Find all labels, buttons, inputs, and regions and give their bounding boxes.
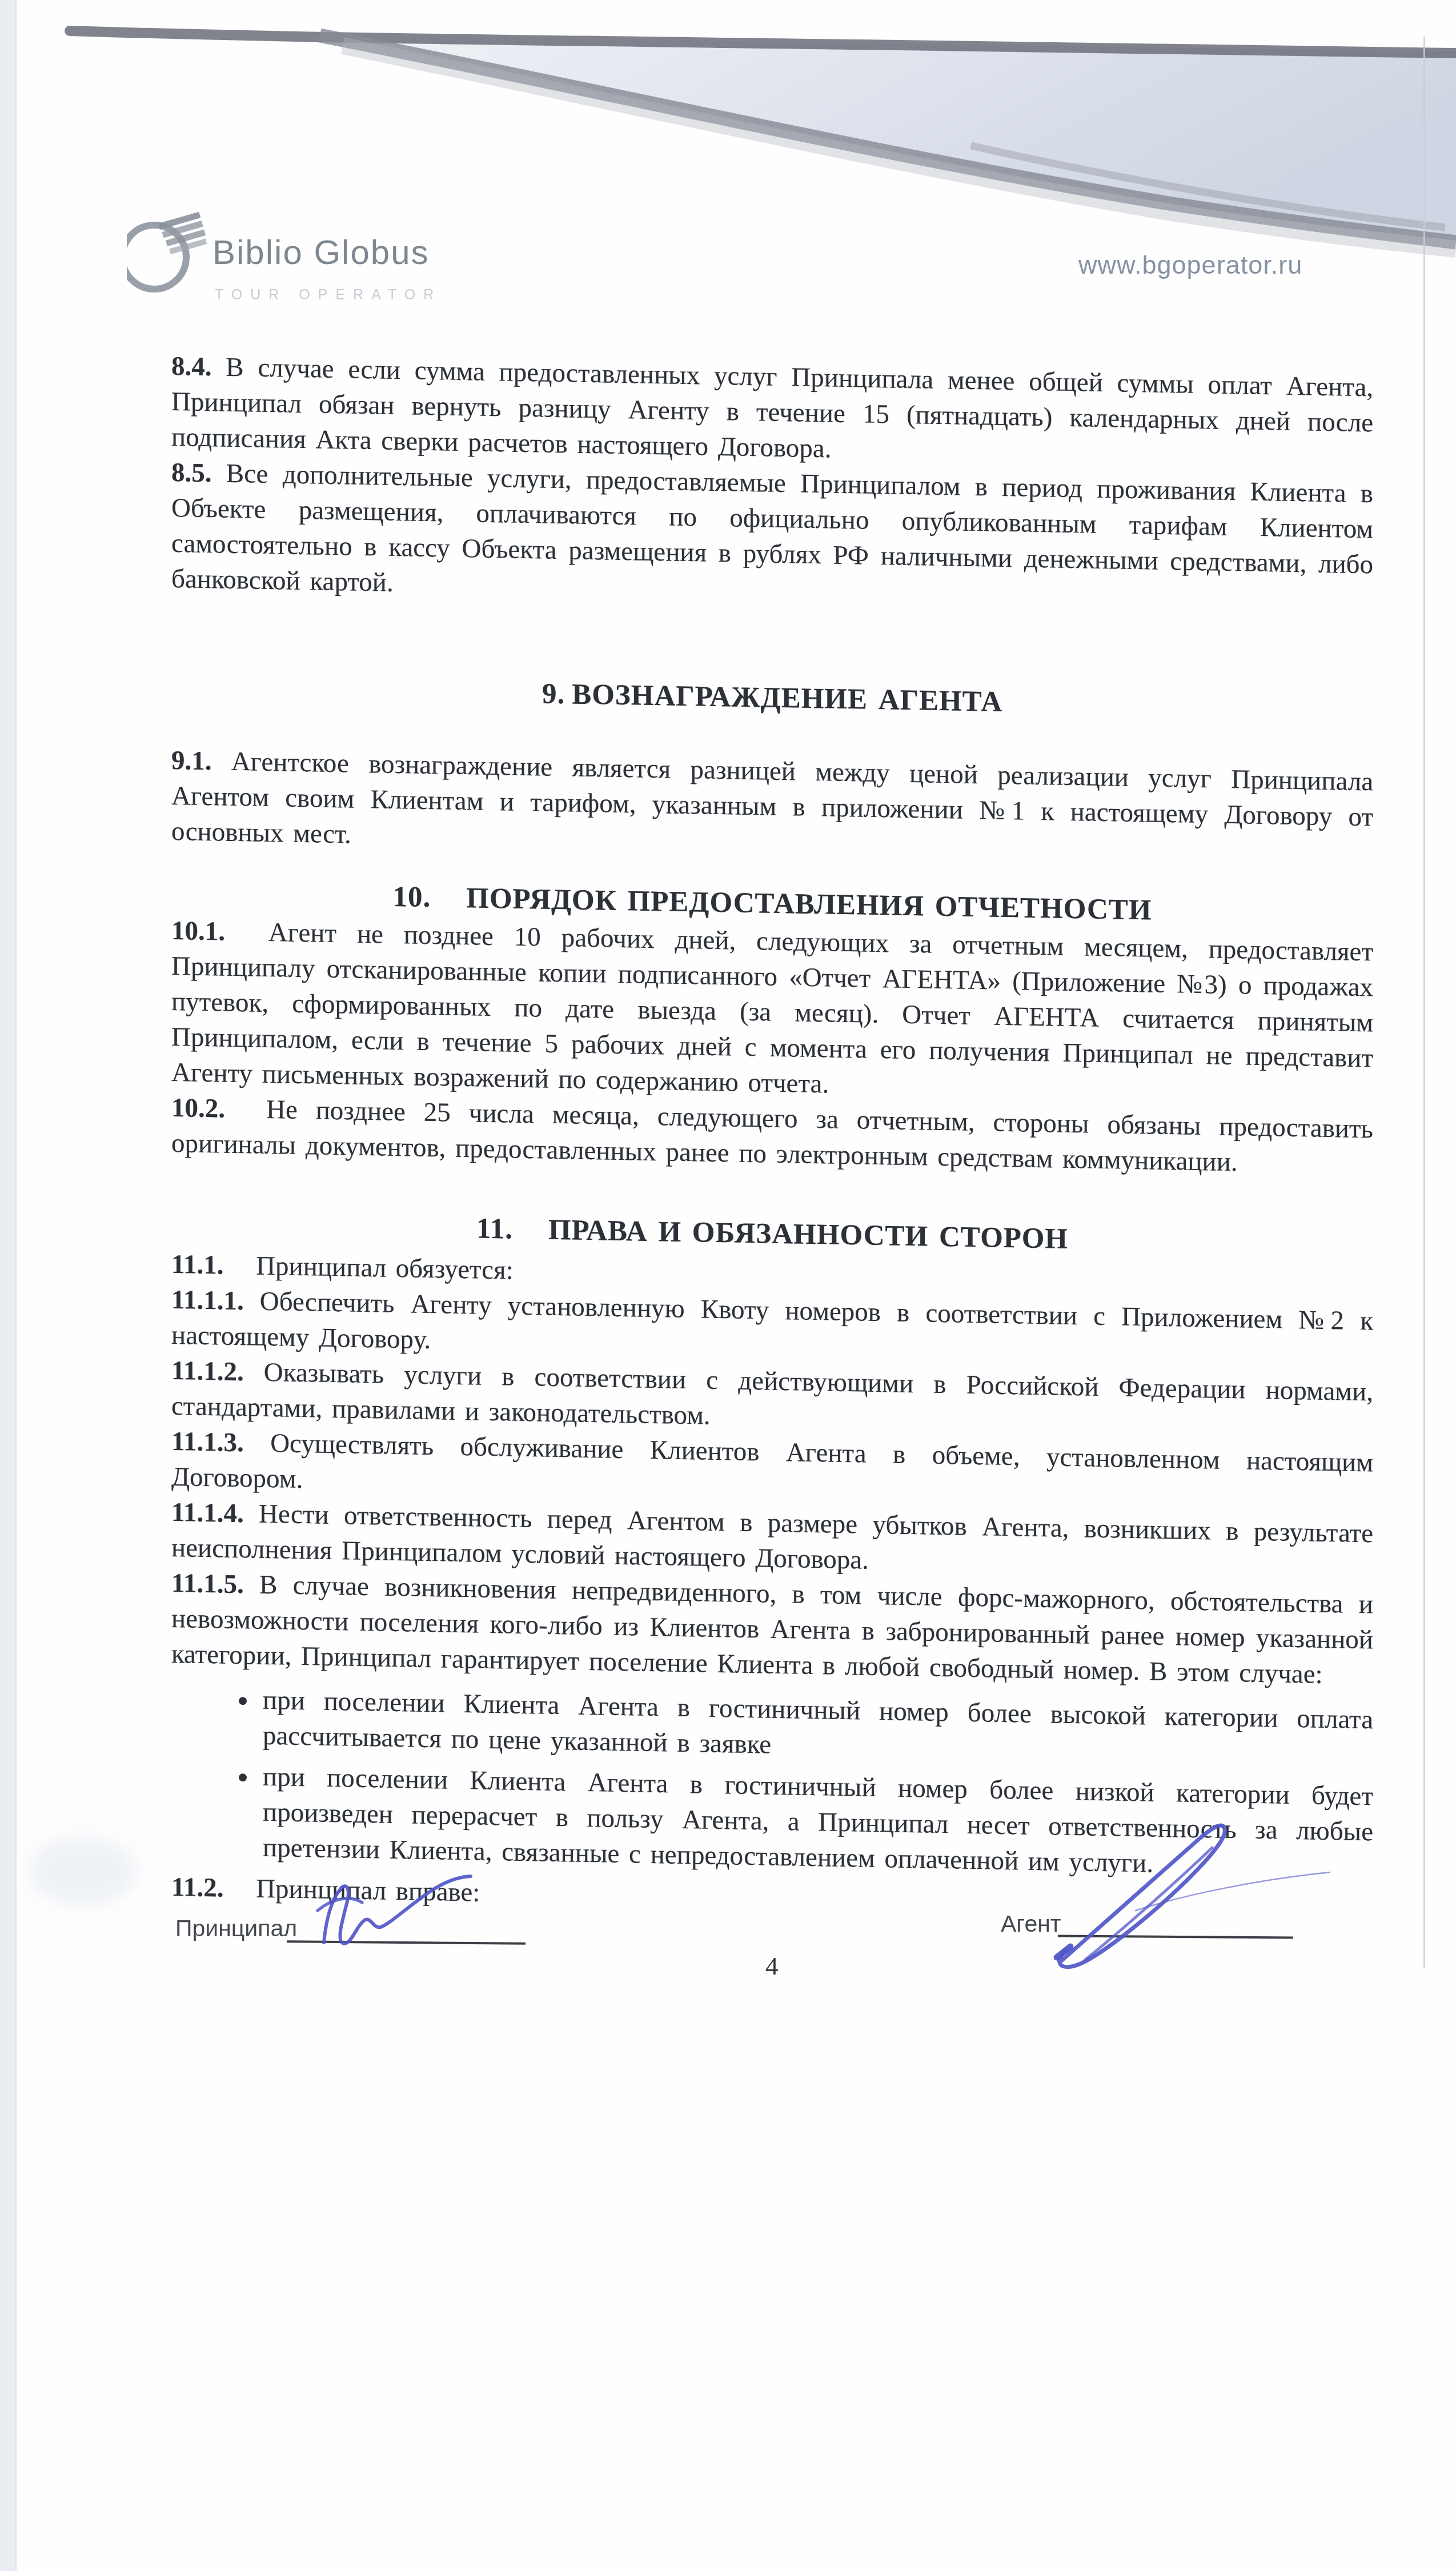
scan-left-edge-strip bbox=[0, 0, 15, 2571]
clause-10-1: 10.1. Агент не позднее 10 рабочих дней, … bbox=[171, 913, 1373, 1111]
logo-subtext: TOUR OPERATOR bbox=[215, 287, 442, 303]
principal-signature-label: Принципал bbox=[175, 1915, 297, 1942]
scan-smudge-artifact bbox=[29, 1837, 137, 1905]
section-9-heading: 9.ВОЗНАГРАЖДЕНИЕ АГЕНТА bbox=[171, 670, 1373, 726]
page-number: 4 bbox=[765, 1951, 779, 1981]
clause-9-1: 9.1. Агентское вознаграждение является р… bbox=[171, 743, 1373, 870]
agent-signature-line bbox=[1058, 1935, 1293, 1939]
biblio-globus-logo: Biblio Globus TOUR OPERATOR bbox=[127, 205, 561, 336]
website-url: www.bgoperator.ru bbox=[1078, 250, 1318, 280]
bullet-item: при поселении Клиента Агента в гостиничн… bbox=[258, 1759, 1373, 1885]
principal-signature-line bbox=[287, 1940, 526, 1945]
contract-body: 8.4. В случае если сумма предоставленных… bbox=[171, 349, 1373, 1926]
agent-signature-label: Агент bbox=[1001, 1911, 1061, 1937]
clause-11-1-5: 11.1.5. В случае возникновения непредвид… bbox=[171, 1565, 1373, 1693]
scan-right-edge-line bbox=[1423, 37, 1425, 1968]
clause-8-4: 8.4. В случае если сумма предоставленных… bbox=[171, 349, 1373, 476]
biblio-globus-logo-mark bbox=[127, 212, 208, 289]
clause-11-1-5-bullets: при поселении Клиента Агента в гостиничн… bbox=[171, 1681, 1373, 1885]
clause-8-5: 8.5. Все дополнительные услуги, предоста… bbox=[171, 455, 1373, 618]
scan-left-edge-line bbox=[15, 0, 17, 2571]
scanned-contract-page: Biblio Globus TOUR OPERATOR www.bgoperat… bbox=[0, 0, 1456, 2571]
bullet-item: при поселении Клиента Агента в гостиничн… bbox=[258, 1683, 1373, 1773]
logo-text: Biblio Globus bbox=[212, 233, 430, 271]
